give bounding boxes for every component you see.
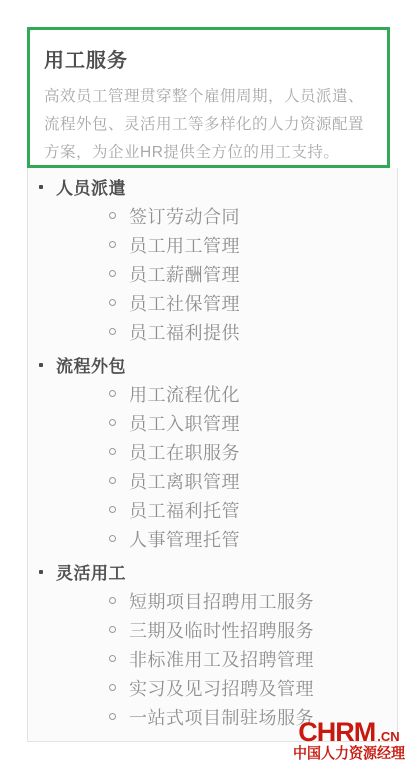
- list-item: 员工薪酬管理: [28, 259, 397, 288]
- chrm-logo-text: CHRM: [298, 719, 375, 746]
- bullet-circle-icon: [109, 241, 116, 248]
- list-item-label: 员工福利托管: [129, 497, 240, 523]
- list-item: 实习及见习招聘及管理: [28, 673, 397, 702]
- list-item-label: 员工薪酬管理: [129, 261, 240, 287]
- service-intro-card: 用工服务 高效员工管理贯穿整个雇佣周期，人员派遣、流程外包、灵活用工等多样化的人…: [27, 27, 390, 168]
- bullet-circle-icon: [109, 597, 116, 604]
- list-item-label: 短期项目招聘用工服务: [129, 588, 314, 614]
- list-item: 员工福利托管: [28, 495, 397, 524]
- bullet-circle-icon: [109, 328, 116, 335]
- bullet-circle-icon: [109, 390, 116, 397]
- list-item-label: 员工福利提供: [129, 319, 240, 345]
- section-staff-dispatch: 人员派遣: [28, 172, 397, 201]
- chrm-logo-tagline: 中国人力资源经理: [284, 748, 414, 763]
- bullet-circle-icon: [109, 448, 116, 455]
- list-item-label: 员工用工管理: [129, 232, 240, 258]
- list-item: 员工入职管理: [28, 408, 397, 437]
- list-item-label: 员工在职服务: [129, 439, 240, 465]
- bullet-circle-icon: [109, 506, 116, 513]
- list-item: 员工用工管理: [28, 230, 397, 259]
- chrm-brand-row: CHRM .CN: [284, 719, 414, 746]
- bullet-circle-icon: [109, 212, 116, 219]
- service-description: 高效员工管理贯穿整个雇佣周期，人员派遣、流程外包、灵活用工等多样化的人力资源配置…: [44, 83, 373, 167]
- bullet-circle-icon: [109, 270, 116, 277]
- section-label: 人员派遣: [56, 174, 126, 199]
- bullet-circle-icon: [109, 419, 116, 426]
- list-item: 用工流程优化: [28, 379, 397, 408]
- section-process-outsourcing: 流程外包: [28, 350, 397, 379]
- list-item-label: 人事管理托管: [129, 526, 240, 552]
- list-item-label: 签订劳动合同: [129, 203, 240, 229]
- list-item: 签订劳动合同: [28, 201, 397, 230]
- section-flexible-employment: 灵活用工: [28, 557, 397, 586]
- list-item: 员工在职服务: [28, 437, 397, 466]
- bullet-circle-icon: [109, 684, 116, 691]
- list-item-label: 员工离职管理: [129, 468, 240, 494]
- bullet-circle-icon: [109, 655, 116, 662]
- list-item-label: 实习及见习招聘及管理: [129, 675, 314, 701]
- bullet-circle-icon: [109, 713, 116, 720]
- bullet-circle-icon: [109, 626, 116, 633]
- section-label: 流程外包: [56, 352, 126, 377]
- list-item: 员工社保管理: [28, 288, 397, 317]
- list-item: 人事管理托管: [28, 524, 397, 553]
- service-list-panel: 人员派遣 签订劳动合同 员工用工管理 员工薪酬管理 员工社保管理 员工福利提供 …: [27, 168, 398, 742]
- list-item: 短期项目招聘用工服务: [28, 586, 397, 615]
- chrm-watermark-logo: CHRM .CN 中国人力资源经理: [284, 719, 414, 762]
- chrm-logo-domain: .CN: [377, 730, 399, 743]
- list-item-label: 用工流程优化: [129, 381, 240, 407]
- bullet-circle-icon: [109, 477, 116, 484]
- bullet-dot-icon: [39, 363, 43, 367]
- list-item-label: 非标准用工及招聘管理: [129, 646, 314, 672]
- bullet-dot-icon: [39, 570, 43, 574]
- list-item: 员工离职管理: [28, 466, 397, 495]
- bullet-circle-icon: [109, 535, 116, 542]
- bullet-dot-icon: [39, 185, 43, 189]
- list-item: 员工福利提供: [28, 317, 397, 346]
- bullet-circle-icon: [109, 299, 116, 306]
- page-title: 用工服务: [44, 44, 373, 73]
- list-item-label: 员工社保管理: [129, 290, 240, 316]
- list-item: 非标准用工及招聘管理: [28, 644, 397, 673]
- list-item-label: 员工入职管理: [129, 410, 240, 436]
- list-item-label: 三期及临时性招聘服务: [129, 617, 314, 643]
- list-item: 三期及临时性招聘服务: [28, 615, 397, 644]
- section-label: 灵活用工: [56, 559, 126, 584]
